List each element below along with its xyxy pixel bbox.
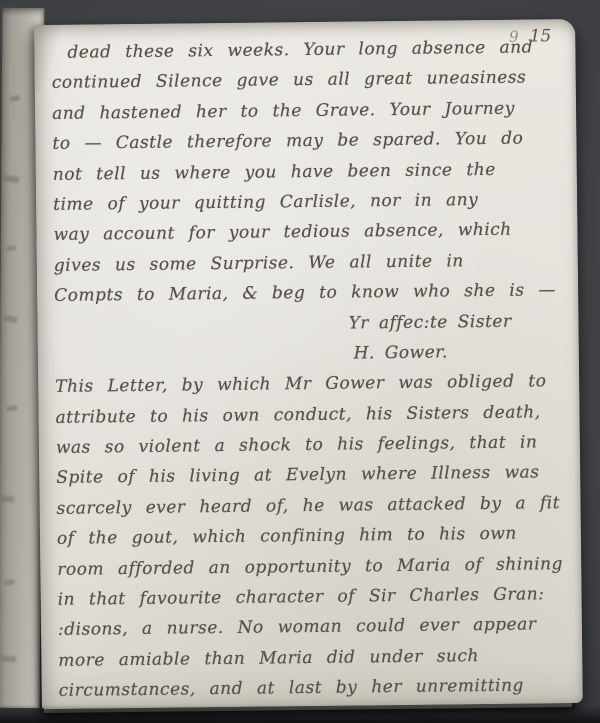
manuscript-line: way account for your tedious absence, wh… (53, 214, 568, 250)
ink-showthrough-mark (4, 579, 15, 586)
ink-showthrough-mark (6, 405, 18, 412)
manuscript-line: circumstances, and at last by her unremi… (59, 670, 574, 706)
ink-showthrough-mark (3, 315, 18, 323)
ink-showthrough-mark (9, 95, 20, 102)
manuscript-line: :disons, a nurse. No woman could ever ap… (58, 609, 573, 645)
ink-showthrough-mark (3, 175, 20, 183)
manuscript-page: 9 15 dead these six weeks. Your long abs… (34, 19, 583, 709)
handwritten-text: dead these six weeks. Your long absence … (51, 32, 574, 706)
letter-closing: Yr affec:te Sister (54, 306, 569, 342)
manuscript-line: not tell us where you have been since th… (53, 154, 568, 190)
ink-showthrough-mark (7, 246, 16, 252)
ink-showthrough-mark (1, 655, 17, 663)
ink-showthrough-mark (1, 495, 15, 503)
photograph-background: 9 15 dead these six weeks. Your long abs… (0, 0, 600, 723)
